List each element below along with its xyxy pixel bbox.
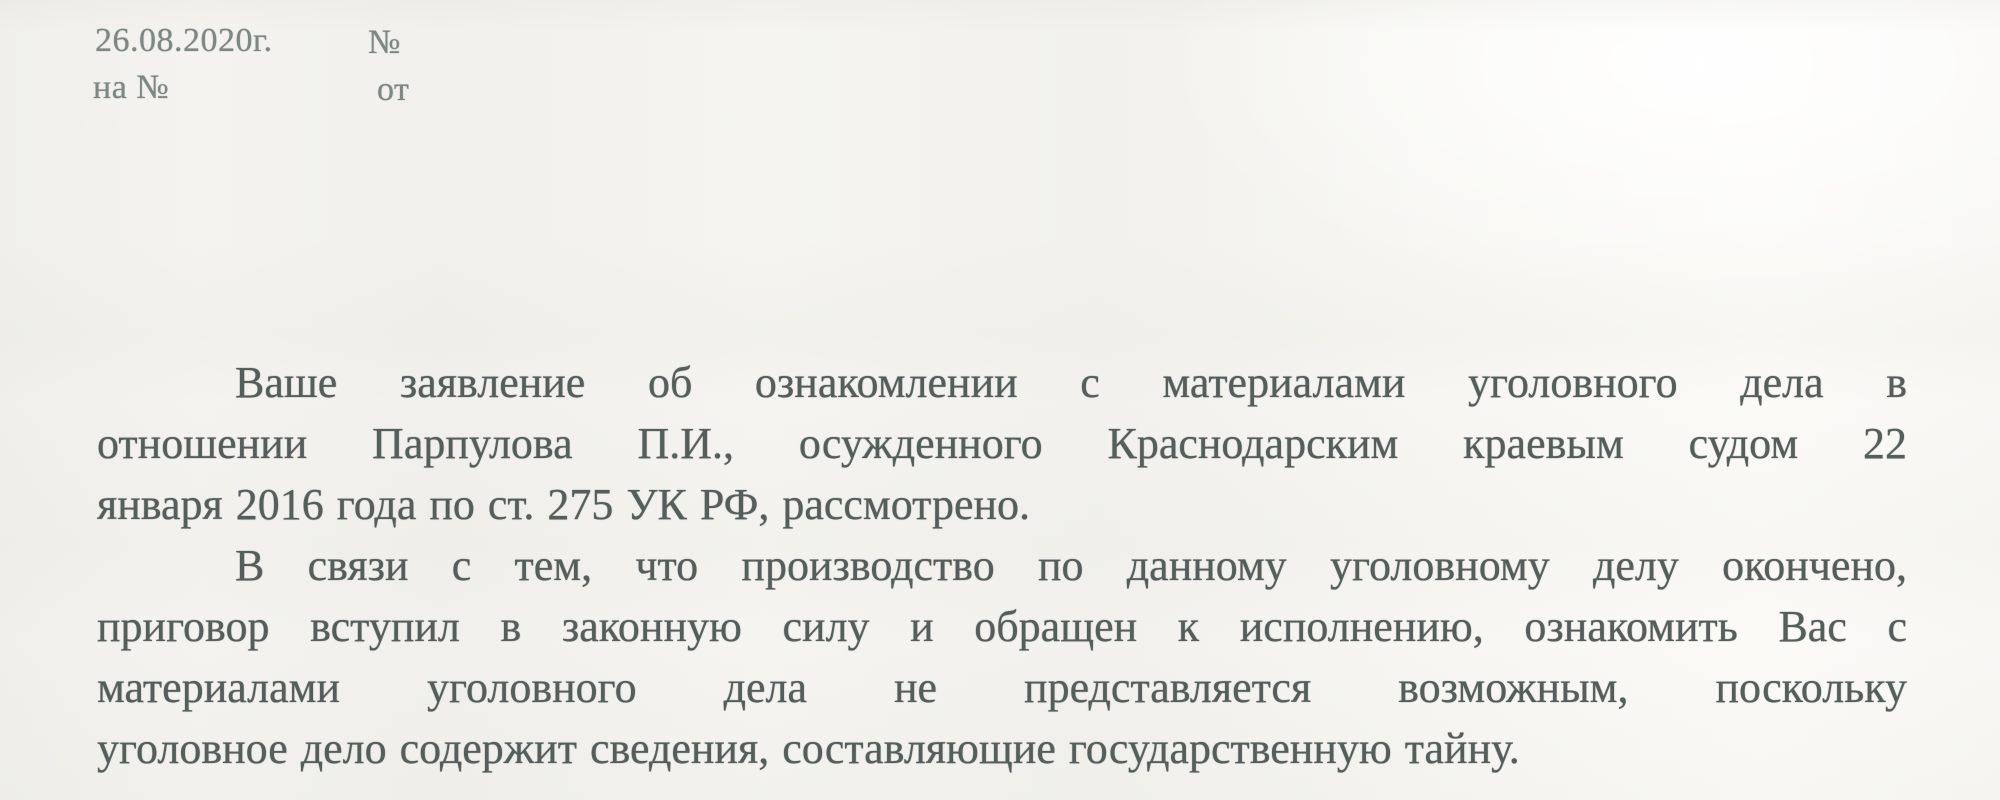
reply-to-number-label: на № xyxy=(93,69,169,107)
reply-from-date-label: от xyxy=(377,71,409,109)
body-line: В связи с тем, что производство по данно… xyxy=(97,535,1907,596)
body-line: материалами уголовного дела не представл… xyxy=(97,657,1907,718)
letter-body: Ваше заявление об ознакомлении с материа… xyxy=(97,352,1907,779)
body-line: уголовное дело содержит сведения, состав… xyxy=(97,718,1907,779)
body-line: января 2016 года по ст. 275 УК РФ, рассм… xyxy=(97,474,1907,535)
document-page: 26.08.2020г. № на № от Ваше заявление об… xyxy=(0,0,2000,800)
body-line: Ваше заявление об ознакомлении с материа… xyxy=(97,352,1907,413)
body-line: отношении Парпулова П.И., осужденного Кр… xyxy=(97,413,1907,474)
outgoing-number-label: № xyxy=(368,24,401,62)
letter-date: 26.08.2020г. xyxy=(95,22,273,60)
body-line: приговор вступил в законную силу и обращ… xyxy=(97,596,1907,657)
